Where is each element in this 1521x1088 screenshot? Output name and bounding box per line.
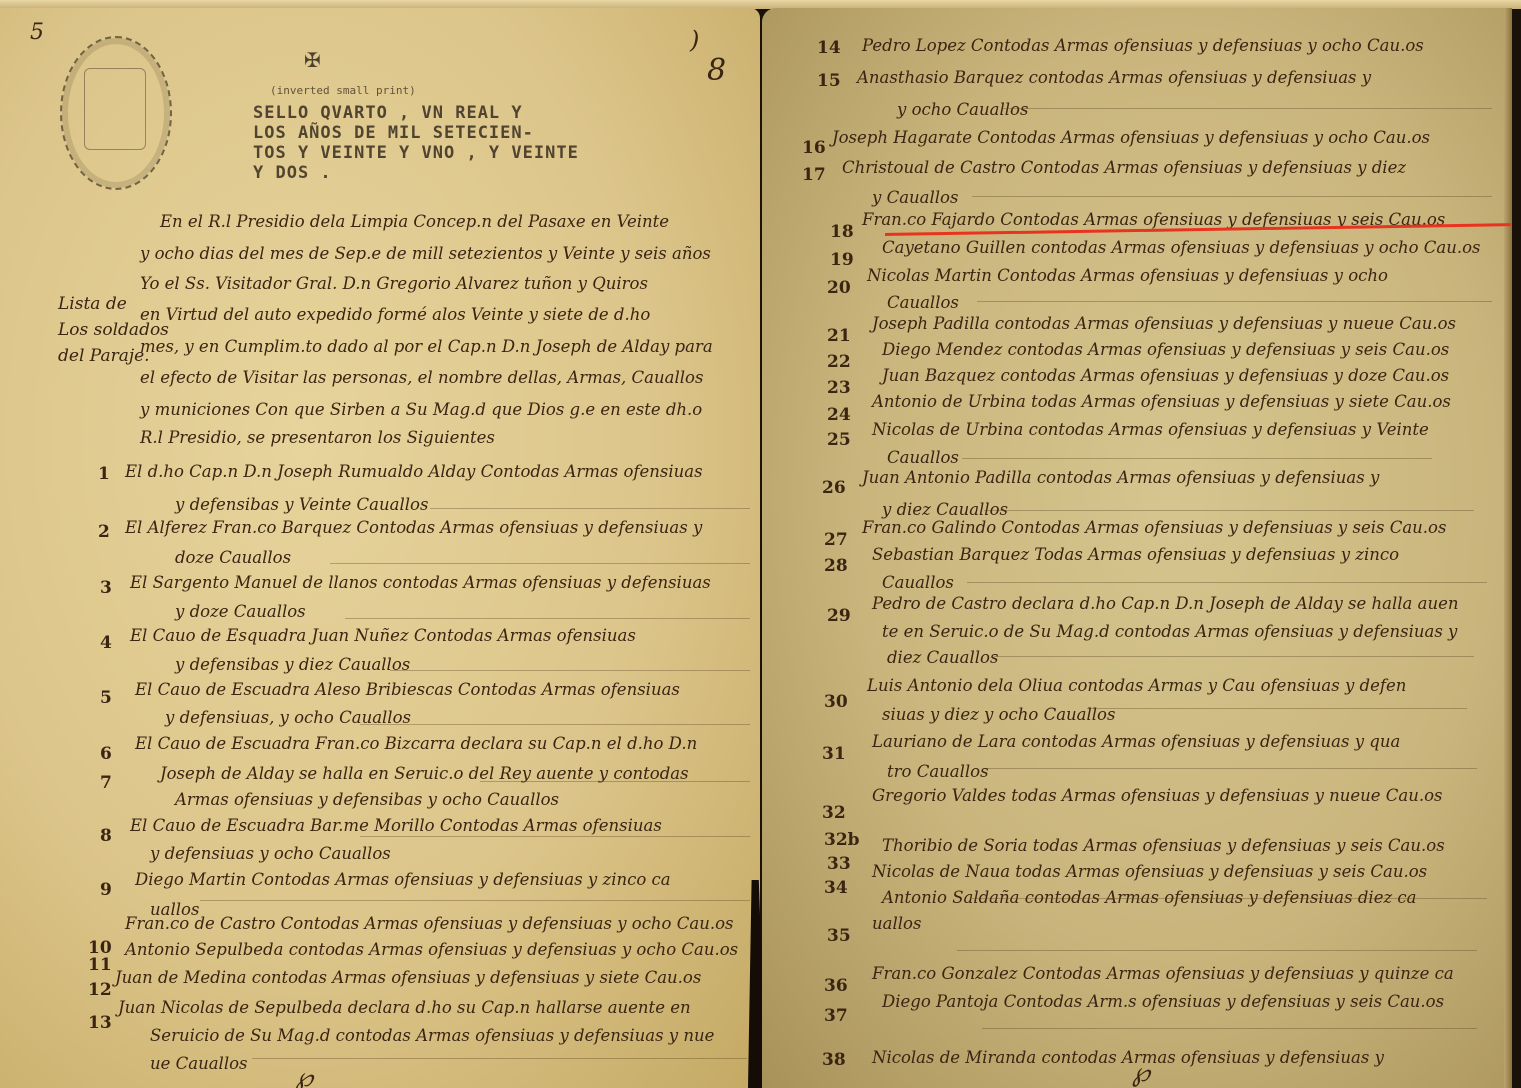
right-page: 14 Pedro Lopez Contodas Armas ofensiuas … (762, 8, 1512, 1088)
intro-line: R.l Presidio, se presentaron los Siguien… (140, 428, 495, 447)
fill-rule (984, 510, 1474, 511)
entry-text: Fran.co Gonzalez Contodas Armas ofensiua… (872, 964, 1454, 983)
entry-text: El Alferez Fran.co Barquez Contodas Arma… (125, 518, 702, 537)
cross-icon: ✠ (304, 48, 321, 72)
entry-number: 32b (824, 830, 860, 850)
intro-line: el efecto de Visitar las personas, el no… (140, 368, 703, 387)
entry-text: El d.ho Cap.n D.n Joseph Rumualdo Alday … (125, 462, 703, 481)
entry-text: El Cauo de Escuadra Bar.me Morillo Conto… (130, 816, 662, 835)
entry-text: Cauallos (887, 293, 959, 312)
entry-number: 2 (98, 522, 110, 542)
sello-quarto-stamp: SELLO QVARTO , VN REAL Y LOS AÑOS DE MIL… (253, 103, 579, 183)
entry-text: y defensibas y diez Cauallos (175, 655, 410, 674)
entry-number: 33 (827, 854, 851, 874)
fill-rule (957, 950, 1477, 951)
fill-rule (430, 508, 750, 509)
fill-rule (1087, 708, 1467, 709)
entry-text: El Cauo de Escuadra Aleso Bribiescas Con… (135, 680, 680, 699)
entry-text: Armas ofensiuas y defensibas y ocho Caua… (175, 790, 559, 809)
fill-rule (330, 563, 750, 564)
entry-number: 16 (802, 138, 826, 158)
entry-text: Joseph Padilla contodas Armas ofensiuas … (872, 314, 1456, 333)
entry-text: Cauallos (887, 448, 959, 467)
entry-number: 35 (827, 926, 851, 946)
stamp-line: LOS AÑOS DE MIL SETECIEN- (253, 123, 579, 143)
stamp-header: (inverted small print) (270, 84, 416, 97)
entry-number: 14 (817, 38, 841, 58)
entry-text: Sebastian Barquez Todas Armas ofensiuas … (872, 545, 1399, 564)
entry-number: 3 (100, 578, 112, 598)
intro-line: En el R.l Presidio dela Limpia Concep.n … (160, 212, 669, 231)
entry-text: Cauallos (882, 573, 954, 592)
fill-rule (390, 670, 750, 671)
entry-text: Diego Martin Contodas Armas ofensiuas y … (135, 870, 671, 889)
entry-text: te en Seruic.o de Su Mag.d contodas Arma… (882, 622, 1457, 641)
fill-rule (200, 900, 750, 901)
entry-text: Nicolas de Naua todas Armas ofensiuas y … (872, 862, 1427, 881)
entry-number: 7 (100, 773, 112, 793)
fill-rule (345, 618, 750, 619)
fill-rule (480, 781, 750, 782)
entry-number: 4 (100, 633, 112, 653)
entry-text: y defensiuas y ocho Cauallos (150, 844, 391, 863)
intro-line: y municiones Con que Sirben a Su Mag.d q… (140, 400, 702, 419)
royal-seal-stamp (60, 36, 172, 190)
entry-number: 32 (822, 803, 846, 823)
coat-of-arms-icon (84, 68, 146, 150)
entry-text: Diego Mendez contodas Armas ofensiuas y … (882, 340, 1449, 359)
entry-text: y ocho Cauallos (897, 100, 1028, 119)
entry-text: y doze Cauallos (175, 602, 306, 621)
entry-number: 13 (88, 1013, 112, 1033)
entry-number: 22 (827, 352, 851, 372)
entry-text: ue Cauallos (150, 1054, 248, 1073)
fill-rule (360, 836, 750, 837)
stamp-line: Y DOS . (253, 163, 579, 183)
entry-number: 18 (830, 222, 854, 242)
entry-number: 5 (100, 688, 112, 708)
entry-text: Juan Antonio Padilla contodas Armas ofen… (862, 468, 1379, 487)
entry-text: y defensibas y Veinte Cauallos (175, 495, 428, 514)
fill-rule (982, 1028, 1477, 1029)
stamp-line: TOS Y VEINTE Y VNO , Y VEINTE (253, 143, 579, 163)
rubric-flourish-icon: ℘ (1132, 1058, 1150, 1088)
fill-rule (360, 724, 750, 725)
intro-line: mes, y en Cumplim.to dado al por el Cap.… (140, 337, 713, 356)
fill-rule (977, 301, 1492, 302)
entry-text: Lauriano de Lara contodas Armas ofensiua… (872, 732, 1400, 751)
folio-mark: ) (690, 26, 699, 54)
entry-number: 26 (822, 478, 846, 498)
entry-text: Gregorio Valdes todas Armas ofensiuas y … (872, 786, 1443, 805)
fill-rule (252, 1058, 747, 1059)
entry-text: Antonio de Urbina todas Armas ofensiuas … (872, 392, 1451, 411)
entry-number: 21 (827, 326, 851, 346)
entry-text: Fran.co Galindo Contodas Armas ofensiuas… (862, 518, 1446, 537)
entry-text: Anasthasio Barquez contodas Armas ofensi… (857, 68, 1371, 87)
entry-text: Juan Nicolas de Sepulbeda declara d.ho s… (118, 998, 691, 1017)
margin-note: Lista de Los soldados del Paraje. (58, 291, 169, 369)
entry-number: 1 (98, 464, 110, 484)
entry-number: 24 (827, 405, 851, 425)
entry-text: Nicolas de Urbina contodas Armas ofensiu… (872, 420, 1429, 439)
entry-number: 6 (100, 744, 112, 764)
page-number: 8 (707, 53, 726, 88)
entry-text: Diego Pantoja Contodas Arm.s ofensiuas y… (882, 992, 1444, 1011)
corner-mark: 5 (30, 20, 44, 45)
fill-rule (1002, 108, 1492, 109)
entry-text: tro Cauallos (887, 762, 989, 781)
entry-number: 12 (88, 980, 112, 1000)
entry-text: siuas y diez y ocho Cauallos (882, 705, 1115, 724)
entry-text: El Sargento Manuel de llanos contodas Ar… (130, 573, 711, 592)
fill-rule (967, 582, 1487, 583)
entry-number: 31 (822, 744, 846, 764)
fill-rule (972, 898, 1487, 899)
entry-number: 27 (824, 530, 848, 550)
entry-text: y Cauallos (872, 188, 958, 207)
entry-number: 34 (824, 878, 848, 898)
left-page: 5 ) 8 ✠ (inverted small print) SELLO QVA… (0, 8, 760, 1088)
entry-text: Nicolas de Miranda contodas Armas ofensi… (872, 1048, 1384, 1067)
entry-text: uallos (872, 914, 921, 933)
entry-number: 30 (824, 692, 848, 712)
fill-rule (994, 656, 1474, 657)
entry-text: Pedro de Castro declara d.ho Cap.n D.n J… (872, 594, 1459, 613)
entry-text: Juan Bazquez contodas Armas ofensiuas y … (882, 366, 1449, 385)
entry-text: Nicolas Martin Contodas Armas ofensiuas … (867, 266, 1388, 285)
stamp-line: SELLO QVARTO , VN REAL Y (253, 103, 579, 123)
entry-number: 9 (100, 880, 112, 900)
entry-text: Luis Antonio dela Oliua contodas Armas y… (867, 676, 1406, 695)
rubric-flourish-icon: ℘ (295, 1063, 313, 1088)
entry-text: Christoual de Castro Contodas Armas ofen… (842, 158, 1406, 177)
intro-line: en Virtud del auto expedido formé alos V… (140, 305, 650, 324)
intro-line: y ocho dias del mes de Sep.e de mill set… (140, 244, 711, 263)
entry-text: diez Cauallos (887, 648, 998, 667)
entry-text: Fran.co de Castro Contodas Armas ofensiu… (125, 914, 733, 933)
entry-number: 28 (824, 556, 848, 576)
entry-number: 29 (827, 606, 851, 626)
entry-text: Pedro Lopez Contodas Armas ofensiuas y d… (862, 36, 1424, 55)
entry-text: Seruicio de Su Mag.d contodas Armas ofen… (150, 1026, 714, 1045)
entry-text: Thoribio de Soria todas Armas ofensiuas … (882, 836, 1445, 855)
entry-text: El Cauo de Escuadra Fran.co Bizcarra dec… (135, 734, 697, 753)
entry-number: 20 (827, 278, 851, 298)
entry-number: 25 (827, 430, 851, 450)
entry-text: doze Cauallos (175, 548, 291, 567)
entry-text: Joseph Hagarate Contodas Armas ofensiuas… (832, 128, 1430, 147)
entry-number: 23 (827, 378, 851, 398)
entry-number: 37 (824, 1006, 848, 1026)
entry-number: 19 (830, 250, 854, 270)
entry-number: 36 (824, 976, 848, 996)
entry-number: 11 (88, 955, 112, 975)
entry-number: 38 (822, 1050, 846, 1070)
fill-rule (962, 458, 1432, 459)
fill-rule (987, 768, 1477, 769)
entry-text: El Cauo de Esquadra Juan Nuñez Contodas … (130, 626, 636, 645)
intro-line: Yo el Ss. Visitador Gral. D.n Gregorio A… (140, 274, 648, 293)
entry-text: Juan de Medina contodas Armas ofensiuas … (115, 968, 701, 987)
entry-text: Antonio Sepulbeda contodas Armas ofensiu… (125, 940, 738, 959)
entry-number: 15 (817, 71, 841, 91)
entry-text: Cayetano Guillen contodas Armas ofensiua… (882, 238, 1481, 257)
entry-number: 17 (802, 165, 826, 185)
fill-rule (972, 196, 1492, 197)
entry-number: 8 (100, 826, 112, 846)
